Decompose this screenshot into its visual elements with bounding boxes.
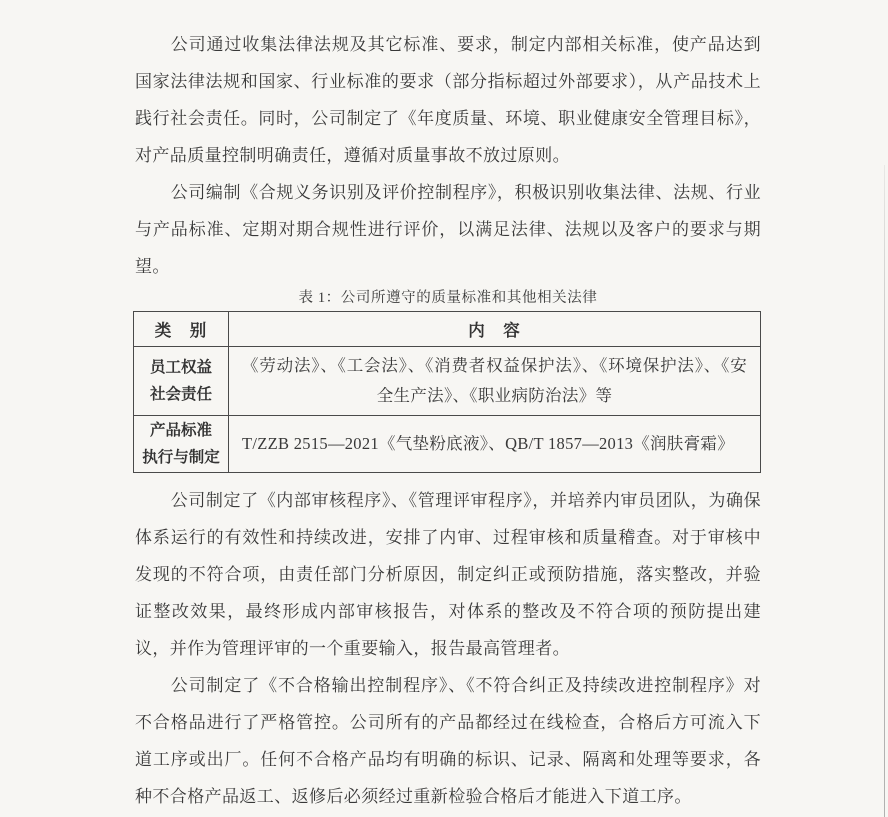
document-page: 公司通过收集法律法规及其它标准、要求，制定内部相关标准，使产品达到国家法律法规和… (0, 0, 888, 817)
paragraph-compliance-program: 公司编制《合规义务识别及评价控制程序》，积极识别收集法律、法规、行业与产品标准、… (135, 174, 761, 285)
header-cell-category: 类 别 (134, 312, 229, 347)
paragraph-internal-audit: 公司制定了《内部审核程序》、《管理评审程序》，并培养内审员团队，为确保体系运行的… (135, 482, 761, 667)
table-header-row: 类 别 内 容 (134, 312, 761, 347)
content-cell-laws: 《劳动法》、《工会法》、《消费者权益保护法》、《环境保护法》、《安全生产法》、《… (229, 347, 761, 416)
scan-edge-artifact (884, 165, 885, 817)
paragraph-legal-standards: 公司通过收集法律法规及其它标准、要求，制定内部相关标准，使产品达到国家法律法规和… (135, 26, 761, 174)
table-caption: 表 1：公司所遵守的质量标准和其他相关法律 (135, 285, 761, 311)
quality-standards-table: 类 别 内 容 员工权益 社会责任 《劳动法》、《工会法》、《消费者权益保护法》… (133, 311, 761, 473)
table-row-product-standards: 产品标准 执行与制定 T/ZZB 2515—2021《气垫粉底液》、QB/T 1… (134, 416, 761, 473)
paragraph-nonconforming-control: 公司制定了《不合格输出控制程序》、《不符合纠正及持续改进控制程序》对不合格品进行… (135, 667, 761, 815)
category-cell-employee-rights: 员工权益 社会责任 (134, 347, 229, 416)
document-content: 公司通过收集法律法规及其它标准、要求，制定内部相关标准，使产品达到国家法律法规和… (135, 26, 761, 815)
table-row-employee-rights: 员工权益 社会责任 《劳动法》、《工会法》、《消费者权益保护法》、《环境保护法》… (134, 347, 761, 416)
category-cell-product-standards: 产品标准 执行与制定 (134, 416, 229, 473)
content-cell-standards: T/ZZB 2515—2021《气垫粉底液》、QB/T 1857—2013《润肤… (229, 416, 761, 473)
header-cell-content: 内 容 (229, 312, 761, 347)
